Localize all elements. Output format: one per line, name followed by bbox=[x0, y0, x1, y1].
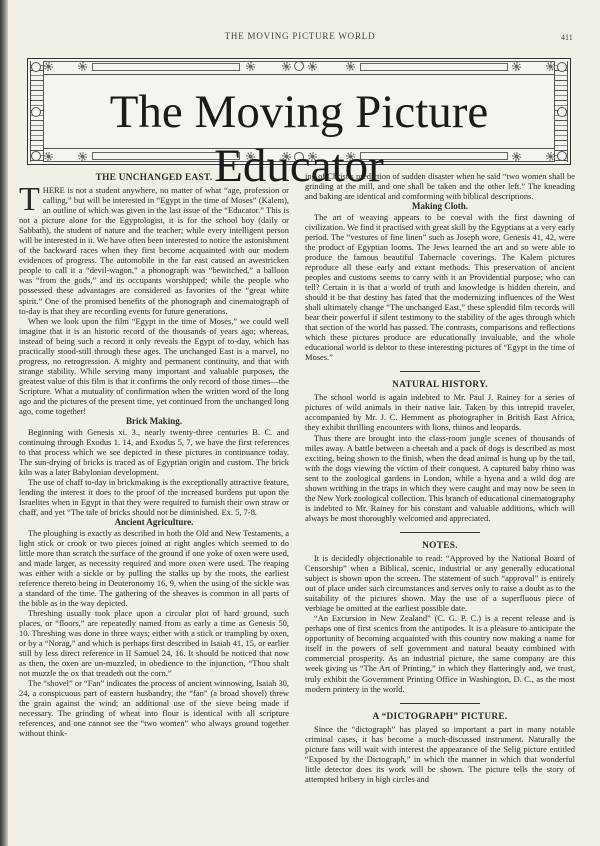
section-divider bbox=[400, 371, 480, 372]
right-column: ing of Christ’s prediction of sudden dis… bbox=[305, 171, 575, 784]
section-heading-natural-history: NATURAL HISTORY. bbox=[305, 380, 575, 391]
rosette-ornament-icon bbox=[44, 62, 53, 71]
corner-ornament-icon bbox=[557, 62, 567, 72]
rosette-ornament-icon bbox=[308, 62, 317, 71]
paragraph-text: HERE is not a student anywhere, no matte… bbox=[19, 185, 289, 316]
subheading-making-cloth: Making Cloth. bbox=[305, 201, 575, 212]
article-paragraph: When we look upon the film “Egypt in the… bbox=[19, 316, 289, 416]
page-number: 411 bbox=[561, 33, 573, 42]
article-paragraph: The “shovel” or “Fan” indicates the proc… bbox=[19, 678, 289, 738]
article-paragraph: The school world is again indebted to Mr… bbox=[305, 392, 575, 432]
subheading-ancient-agriculture: Ancient Agriculture. bbox=[19, 517, 289, 528]
section-heading-unchanged-east: THE UNCHANGED EAST. bbox=[19, 173, 289, 184]
corner-ornament-icon bbox=[31, 62, 41, 72]
article-paragraph-continued: ing of Christ’s prediction of sudden dis… bbox=[305, 171, 575, 201]
section-divider bbox=[400, 703, 480, 704]
article-paragraph: Threshing usually took place upon a circ… bbox=[19, 608, 289, 678]
rosette-ornament-icon bbox=[246, 62, 255, 71]
article-paragraph: The ploughing is exactly as described in… bbox=[19, 528, 289, 608]
article-paragraph: THERE is not a student anywhere, no matt… bbox=[19, 185, 289, 316]
border-panel bbox=[360, 63, 508, 71]
border-panel bbox=[92, 63, 240, 71]
ornamental-title-banner: The Moving Picture Educator bbox=[27, 58, 571, 165]
article-paragraph: The use of chaff to-day in brickmaking i… bbox=[19, 477, 289, 517]
section-heading-notes: NOTES. bbox=[305, 541, 575, 552]
article-paragraph: Thus there are brought into the class-ro… bbox=[305, 433, 575, 523]
drop-cap: T bbox=[19, 186, 40, 213]
rosette-ornament-icon bbox=[546, 62, 555, 71]
rosette-ornament-icon bbox=[78, 62, 87, 71]
article-paragraph: The art of weaving appears to be coeval … bbox=[305, 212, 575, 363]
article-paragraph: “An Excursion in New Zealand” (C. G. P. … bbox=[305, 613, 575, 693]
book-binding-edge bbox=[0, 0, 8, 846]
rosette-ornament-icon bbox=[282, 62, 291, 71]
left-column: THE UNCHANGED EAST. THERE is not a stude… bbox=[19, 171, 289, 738]
rosette-ornament-icon bbox=[346, 62, 355, 71]
section-divider bbox=[400, 532, 480, 533]
center-ornament-icon bbox=[294, 61, 304, 71]
rosette-ornament-icon bbox=[512, 62, 521, 71]
article-paragraph: Beginning with Genesis xi. 3., nearly tw… bbox=[19, 427, 289, 477]
article-paragraph: It is decidedly objectionable to read: “… bbox=[305, 553, 575, 613]
subheading-brick-making: Brick Making. bbox=[19, 416, 289, 427]
article-paragraph: Since the “dictograph” has played so imp… bbox=[305, 724, 575, 784]
running-head: THE MOVING PICTURE WORLD bbox=[0, 31, 600, 41]
section-heading-dictograph: A “DICTOGRAPH” PICTURE. bbox=[305, 712, 575, 723]
